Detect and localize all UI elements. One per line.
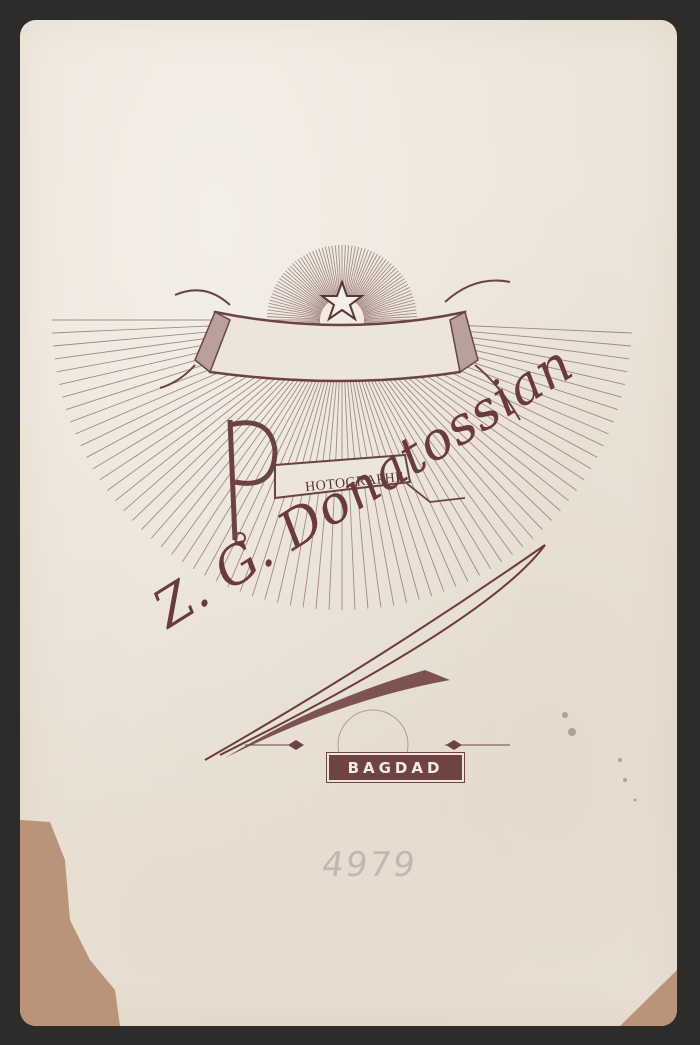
pencil-annotation: 4979 [319, 845, 419, 885]
torn-corner-bottom-left [20, 820, 120, 1026]
stain-marks [562, 712, 637, 802]
torn-corner-bottom-right [620, 970, 677, 1026]
ribbon-banner [210, 312, 465, 381]
city-label: BAGDAD [327, 753, 464, 782]
cabinet-card-back: HOTOGRAPHE Z. G. Donatossian BAGDAD 4979 [20, 20, 677, 1026]
